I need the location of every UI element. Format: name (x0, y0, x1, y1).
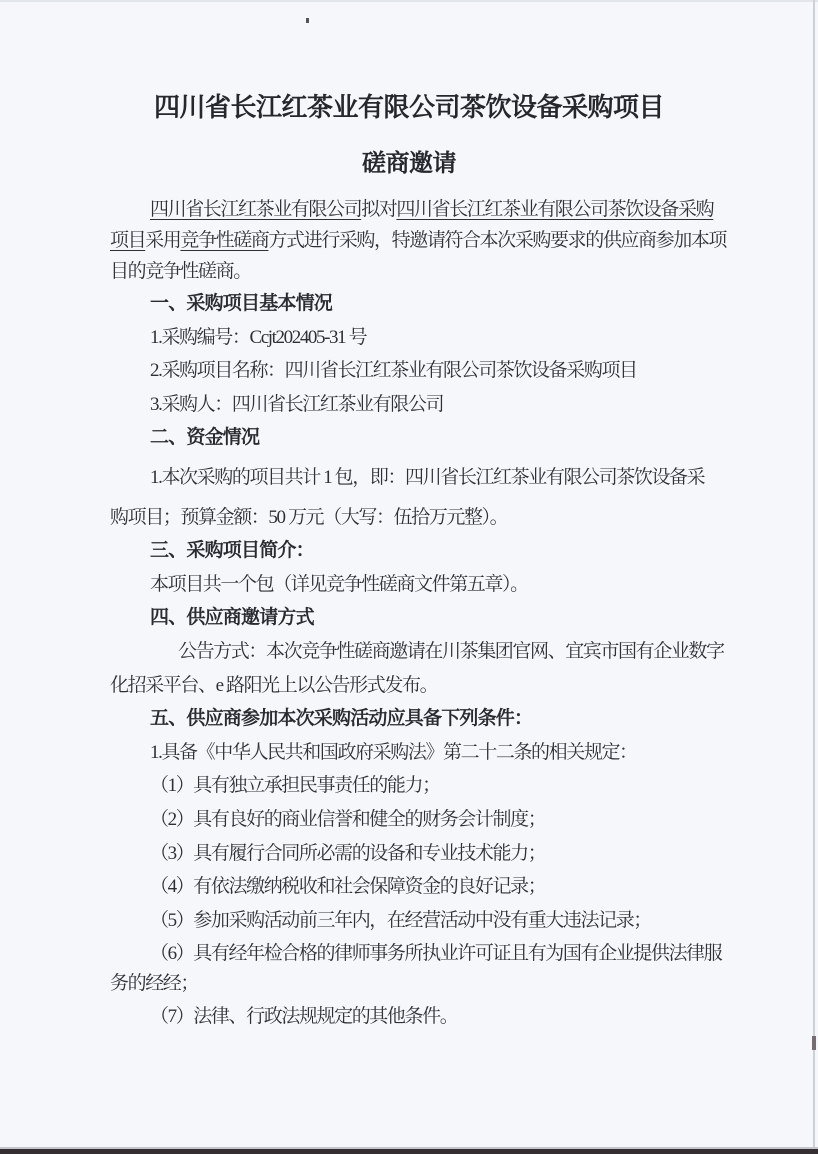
text-line: （2）具有良好的商业信誉和健全的财务会计制度； (110, 803, 740, 837)
text-segment: 拟对 (361, 199, 396, 220)
section-heading: 二、资金情况 (110, 421, 740, 455)
scan-top-edge-artifact (0, 0, 818, 2)
text-line: （7）法律、行政法规规定的其他条件。 (110, 1000, 740, 1034)
scan-right-edge-artifact (813, 0, 815, 1154)
document-title: 四川省长江红茶业有限公司茶饮设备采购项目 (0, 90, 818, 126)
text-line: 购项目；预算金额：50 万元（大写：伍拾万元整）。 (110, 501, 740, 535)
text-segment: 四、供应商邀请方式 (150, 607, 314, 628)
text-line: （4）有依法缴纳税收和社会保障资金的良好记录； (110, 870, 740, 904)
scan-right-tick-artifact (812, 1036, 816, 1050)
text-segment: （7）法律、行政法规规定的其他条件。 (150, 1006, 457, 1027)
document-subtitle: 磋商邀请 (0, 146, 818, 182)
text-segment: 1.具备《中华人民共和国政府采购法》第二十二条的相关规定： (150, 742, 637, 763)
text-line: 项目采用竞争性磋商方式进行采购，特邀请符合本次采购要求的供应商参加本项 (110, 225, 740, 256)
text-line: 四川省长江红茶业有限公司拟对四川省长江红茶业有限公司茶饮设备采购 (110, 194, 740, 225)
text-line: 务的经经； (110, 967, 740, 1001)
text-line: 1.采购编号：Ccjt202405-31 号 (110, 321, 740, 355)
text-segment: 二、资金情况 (150, 427, 259, 448)
underlined-text: 四川省长江红茶业有限公司茶饮设备采购 (396, 199, 713, 220)
scanned-page: 四川省长江红茶业有限公司茶饮设备采购项目磋商邀请四川省长江红茶业有限公司拟对四川… (0, 0, 818, 1154)
text-line: 3.采购人：四川省长江红茶业有限公司 (110, 388, 740, 422)
section-heading: 四、供应商邀请方式 (110, 601, 740, 635)
underlined-text: 竞争性磋商 (180, 230, 268, 251)
text-line: 本项目共一个包（详见竞争性磋商文件第五章）。 (110, 568, 740, 602)
text-line: 2.采购项目名称：四川省长江红茶业有限公司茶饮设备采购项目 (110, 354, 740, 388)
text-segment: 采用 (145, 230, 180, 251)
text-segment: 磋商邀请 (362, 151, 456, 177)
text-segment: 1.本次采购的项目共计 1 包，即：四川省长江红茶业有限公司茶饮设备采 (150, 467, 704, 488)
text-segment: 一、采购项目基本情况 (150, 293, 332, 314)
underlined-text: 四川省长江红茶业有限公司 (150, 199, 361, 220)
text-segment: （5）参加采购活动前三年内，在经营活动中没有重大违法记录； (150, 910, 651, 931)
text-segment: 目的竞争性磋商。 (110, 261, 251, 282)
text-segment: （2）具有良好的商业信誉和健全的财务会计制度； (150, 809, 545, 830)
text-segment: 本项目共一个包（详见竞争性磋商文件第五章）。 (150, 574, 528, 595)
scan-bottom-edge-artifact (0, 1149, 818, 1154)
text-line: 公告方式：本次竞争性磋商邀请在川茶集团官网、宜宾市国有企业数字 (110, 635, 740, 669)
text-segment: 四川省长江红茶业有限公司茶饮设备采购项目 (154, 93, 664, 122)
text-segment: 3.采购人：四川省长江红茶业有限公司 (150, 394, 443, 415)
text-line: 1.本次采购的项目共计 1 包，即：四川省长江红茶业有限公司茶饮设备采 (110, 461, 740, 495)
text-segment: （6）具有经年检合格的律师事务所执业许可证且有为国有企业提供法律服 (150, 943, 721, 964)
text-segment: （4）有依法缴纳税收和社会保障资金的良好记录； (150, 876, 545, 897)
text-segment: 务的经经； (110, 973, 198, 994)
text-line: （1）具有独立承担民事责任的能力； (110, 769, 740, 803)
section-heading: 五、供应商参加本次采购活动应具备下列条件： (110, 702, 740, 736)
text-line: （5）参加采购活动前三年内，在经营活动中没有重大违法记录； (110, 904, 740, 938)
text-line: （3）具有履行合同所必需的设备和专业技术能力； (110, 837, 740, 871)
text-segment: （1）具有独立承担民事责任的能力； (150, 775, 440, 796)
text-segment: 公告方式：本次竞争性磋商邀请在川茶集团官网、宜宾市国有企业数字 (178, 641, 724, 662)
text-segment: 三、采购项目简介： (150, 540, 314, 561)
text-line: 化招采平台、e 路阳光上以公告形式发布。 (110, 669, 740, 703)
scan-speck-artifact (306, 18, 309, 23)
text-segment: 五、供应商参加本次采购活动应具备下列条件： (150, 708, 532, 729)
text-segment: 2.采购项目名称：四川省长江红茶业有限公司茶饮设备采购项目 (150, 360, 637, 381)
text-segment: （3）具有履行合同所必需的设备和专业技术能力； (150, 843, 545, 864)
text-line: 目的竞争性磋商。 (110, 256, 740, 287)
text-segment: 方式进行采购，特邀请符合本次采购要求的供应商参加本项 (268, 230, 726, 251)
text-line: 1.具备《中华人民共和国政府采购法》第二十二条的相关规定： (110, 736, 740, 770)
text-segment: 购项目；预算金额：50 万元（大写：伍拾万元整）。 (110, 507, 507, 528)
text-line: （6）具有经年检合格的律师事务所执业许可证且有为国有企业提供法律服 (110, 937, 740, 971)
document-body: 四川省长江红茶业有限公司茶饮设备采购项目磋商邀请四川省长江红茶业有限公司拟对四川… (110, 90, 740, 1034)
text-segment: 1.采购编号：Ccjt202405-31 号 (150, 327, 366, 348)
text-segment: 化招采平台、e 路阳光上以公告形式发布。 (110, 675, 437, 696)
underlined-text: 项目 (110, 230, 145, 251)
section-heading: 三、采购项目简介： (110, 534, 740, 568)
section-heading: 一、采购项目基本情况 (110, 287, 740, 321)
